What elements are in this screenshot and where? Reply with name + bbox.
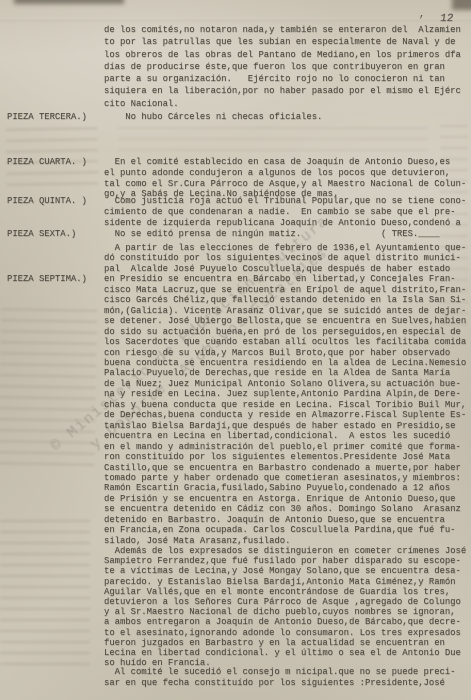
consejo-paragraph: Al comité le sucedió el consejo m nicipa… bbox=[104, 667, 471, 688]
pieza-cuarta-text: En el comité establecido en casa de Joaq… bbox=[104, 157, 471, 200]
pieza-cuarta-label: PIEZA CUARTA. ) bbox=[7, 157, 87, 167]
pieza-septima-text: A partir de las elecciones de febrero de… bbox=[104, 243, 471, 546]
pieza-quinta-text: Como justicia roja actuó el Tribunal Pop… bbox=[104, 196, 471, 228]
corner-smudge-top-left bbox=[14, 0, 124, 4]
scanned-document-page: © Ministerio de Educación, Cultura y Dep… bbox=[0, 0, 471, 700]
pieza-septima-label: PIEZA SEPTIMA.) bbox=[7, 274, 87, 284]
intro-paragraph: de los comités,no notaron nada,y también… bbox=[104, 24, 471, 110]
pieza-tercera-label: PIEZA TERCERA.) bbox=[7, 112, 87, 122]
paper-crease bbox=[0, 18, 471, 21]
pieza-sexta-label: PIEZA SEXTA.) bbox=[7, 229, 76, 239]
ademas-paragraph: Además de los expresados se distinguiero… bbox=[104, 546, 471, 668]
pieza-tercera-text: No hubo Cárceles ni checas oficiales. bbox=[104, 112, 471, 123]
pieza-quinta-label: PIEZA QUINTA. ) bbox=[7, 196, 87, 206]
pieza-sexta-text: No se editó prensa de ningún matiz. ( TR… bbox=[104, 229, 471, 240]
bleed-through-smudge bbox=[0, 520, 90, 670]
corner-smudge-top-right bbox=[452, 0, 471, 10]
bleed-through-smudge bbox=[118, 122, 428, 156]
